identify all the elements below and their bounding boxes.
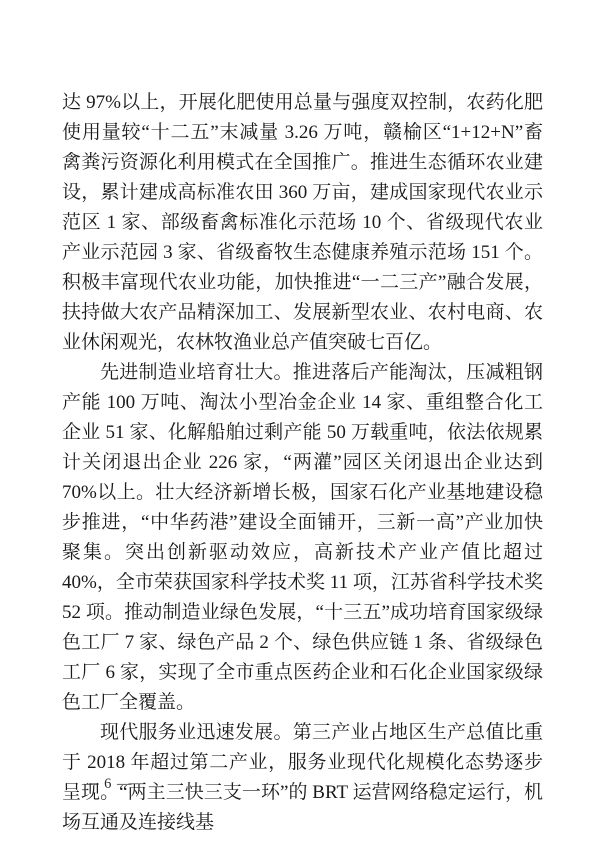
document-page: 达 97%以上，开展化肥使用总量与强度双控制，农药化肥使用量较“十二五”末减量 … — [0, 0, 600, 848]
paragraph-agriculture-continuation: 达 97%以上，开展化肥使用总量与强度双控制，农药化肥使用量较“十二五”末减量 … — [62, 88, 543, 358]
page-number: — 6 — — [84, 776, 133, 793]
paragraph-advanced-manufacturing: 先进制造业培育壮大。推进落后产能淘汰，压减粗钢产能 100 万吨、淘汰小型冶金企… — [62, 358, 543, 718]
page-body-text: 达 97%以上，开展化肥使用总量与强度双控制，农药化肥使用量较“十二五”末减量 … — [62, 88, 543, 838]
paragraph-modern-services: 现代服务业迅速发展。第三产业占地区生产总值比重于 2018 年超过第二产业，服务… — [62, 718, 543, 838]
